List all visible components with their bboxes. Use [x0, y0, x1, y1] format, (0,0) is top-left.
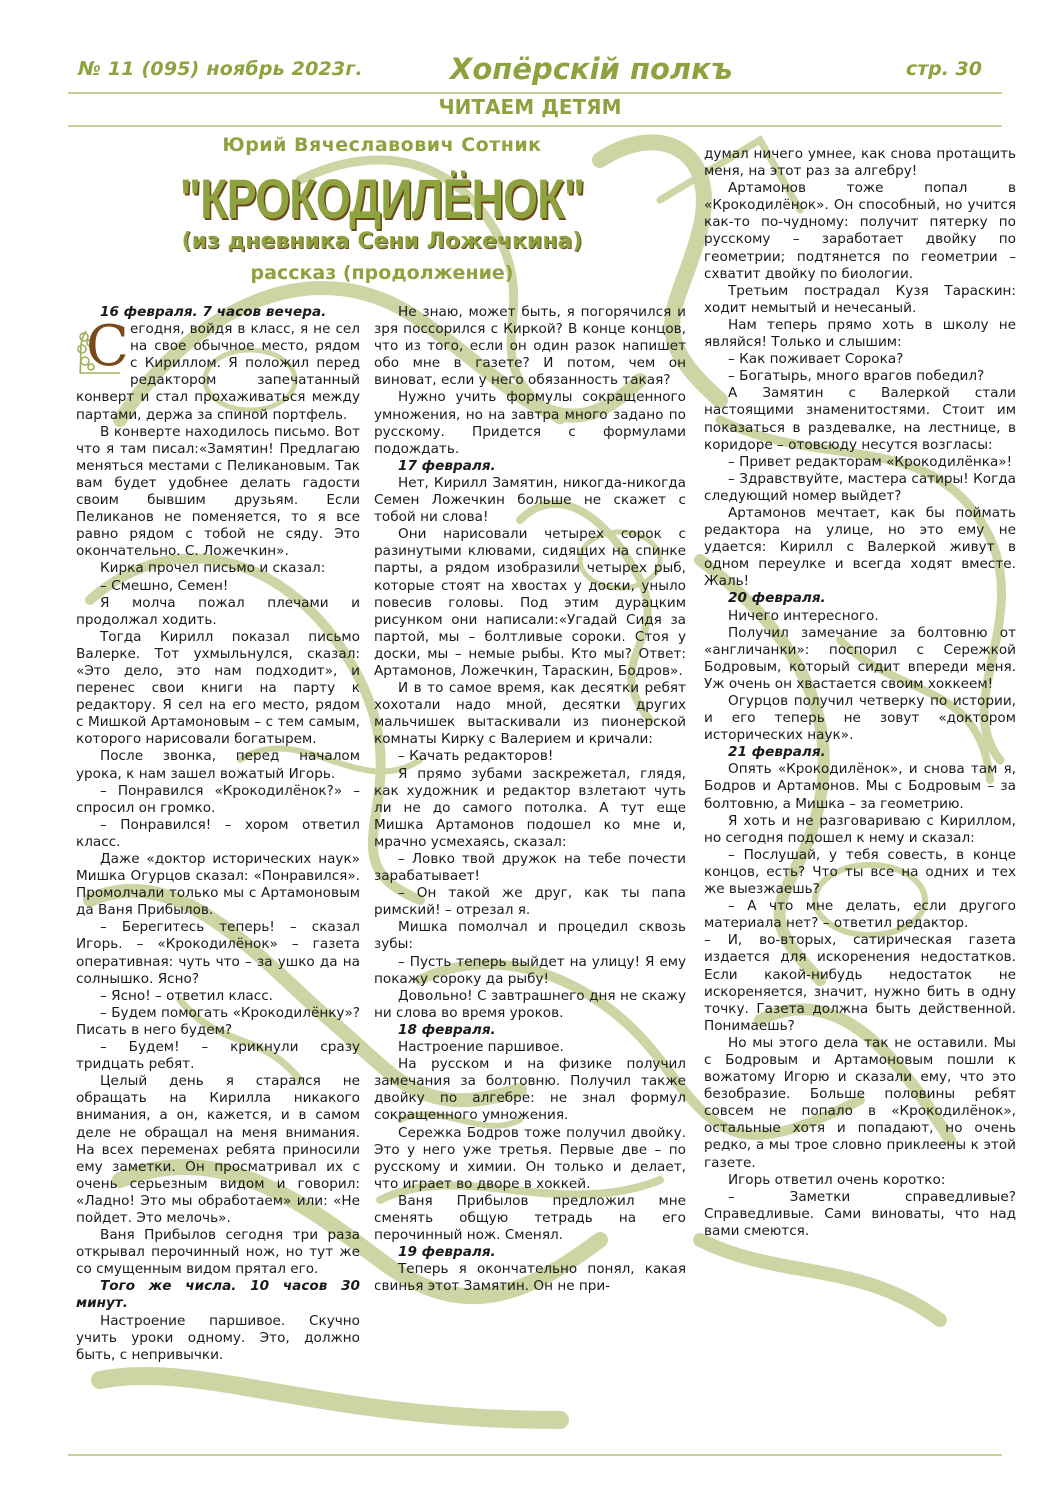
diary-date-heading: 18 февраля. [374, 1022, 686, 1039]
paragraph: Ничего интересного. [704, 608, 1016, 625]
paragraph: Сережка Бодров тоже получил двойку. Это … [374, 1125, 686, 1193]
paragraph-text: Сережка Бодров тоже получил двойку. Это … [374, 1125, 686, 1192]
paragraph: – Здравствуйте, мастера сатиры! Когда сл… [704, 471, 1016, 505]
paragraph: Не знаю, может быть, я погорячился и зря… [374, 304, 686, 389]
paragraph: Кирка прочел письмо и сказал: [76, 560, 360, 577]
paragraph: – Ловко твой дружок на тебе почести зара… [374, 851, 686, 885]
diary-date-heading: Того же числа. 10 часов 30 минут. [76, 1278, 360, 1312]
newspaper-title: Хопёрскій полкъ [450, 52, 733, 86]
paragraph-text: Не знаю, может быть, я погорячился и зря… [374, 304, 686, 388]
drop-cap-letter: С [86, 317, 129, 377]
article-author: Юрий Вячеславович Сотник [72, 134, 692, 156]
paragraph: Мишка помолчал и процедил сквозь зубы: [374, 919, 686, 953]
paragraph: Ваня Прибылов предложил мне сменять общу… [374, 1193, 686, 1244]
paragraph-text: Нужно учить формулы сокращенного умножен… [374, 389, 686, 456]
paragraph-text: Я молча пожал плечами и продолжал ходить… [76, 595, 360, 628]
paragraph-text: – Понравился «Крокодилёнок?» – спросил о… [76, 783, 360, 816]
paragraph-text: Нет, Кирилл Замятин, никогда-никогда Сем… [374, 475, 686, 525]
paragraph-text: А Замятин с Валеркой стали настоящими зн… [704, 385, 1016, 452]
paragraph-text: Теперь я окончательно понял, какая свинь… [374, 1261, 686, 1294]
paragraph-text: – Здравствуйте, мастера сатиры! Когда сл… [704, 471, 1016, 504]
paragraph-text: Тогда Кирилл показал письмо Валерке. Тот… [76, 629, 360, 748]
paragraph-text: В конверте находилось письмо. Вот что я … [76, 424, 360, 560]
paragraph-text: Целый день я старался не обращать на Кир… [76, 1073, 360, 1226]
paragraph-text: 20 февраля. [728, 590, 826, 606]
paragraph: Настроение паршивое. [374, 1039, 686, 1056]
paragraph-text: – Качать редакторов! [398, 748, 553, 764]
paragraph-text: Опять «Крокодилёнок», и снова там я, Бод… [704, 761, 1016, 811]
paragraph: Получил замечание за болтовню от «англич… [704, 625, 1016, 693]
paragraph: Даже «доктор исторических наук» Мишка Ог… [76, 851, 360, 919]
paragraph-text: думал ничего умнее, как снова протащить … [704, 146, 1016, 179]
paragraph: – Ясно! – ответил класс. [76, 988, 360, 1005]
paragraph-text: Артамонов мечтает, как бы поймать редакт… [704, 505, 1016, 589]
paragraph-text: 19 февраля. [398, 1244, 496, 1260]
paragraph-text: Я прямо зубами заскрежетал, глядя, как х… [374, 766, 686, 850]
paragraph: – А что мне делать, если другого материа… [704, 898, 1016, 932]
text-column-2: Не знаю, может быть, я погорячился и зря… [374, 304, 686, 1295]
paragraph: Огурцов получил четверку по истории, и е… [704, 693, 1016, 744]
paragraph: – Он такой же друг, как ты папа римский!… [374, 885, 686, 919]
paragraph: Я хоть и не разговариваю с Кириллом, но … [704, 813, 1016, 847]
paragraph-text: – Будем помогать «Крокодилёнку»? Писать … [76, 1005, 360, 1038]
paragraph: Нам теперь прямо хоть в школу не являйся… [704, 317, 1016, 351]
paragraph: Артамонов мечтает, как бы поймать редакт… [704, 505, 1016, 590]
paragraph-text: После звонка, перед началом урока, к нам… [76, 748, 360, 781]
paragraph-text: Настроение паршивое. [398, 1039, 564, 1055]
paragraph-text: – Смешно, Семен! [100, 578, 228, 594]
paragraph-text: – Заметки справедливые? Справедливые. Са… [704, 1189, 1016, 1239]
paragraph: Я прямо зубами заскрежетал, глядя, как х… [374, 766, 686, 851]
paragraph-text: Получил замечание за болтовню от «англич… [704, 625, 1016, 692]
paragraph-text: Нам теперь прямо хоть в школу не являйся… [704, 317, 1016, 350]
paragraph: Я молча пожал плечами и продолжал ходить… [76, 595, 360, 629]
paragraph: Теперь я окончательно понял, какая свинь… [374, 1261, 686, 1295]
page-header: № 11 (095) ноябрь 2023г. Хопёрскій полкъ… [68, 52, 1002, 88]
paragraph: – Как поживает Сорока? [704, 351, 1016, 368]
paragraph-text: – Будем! – крикнули сразу тридцать ребят… [76, 1039, 360, 1072]
paragraph: Тогда Кирилл показал письмо Валерке. Тот… [76, 629, 360, 749]
paragraph-text: – Ясно! – ответил класс. [100, 988, 273, 1004]
paragraph-text: 18 февраля. [398, 1022, 496, 1038]
paragraph: – Понравился «Крокодилёнок?» – спросил о… [76, 783, 360, 817]
section-divider [68, 125, 1002, 127]
paragraph: Ваня Прибылов сегодня три раза открывал … [76, 1227, 360, 1278]
paragraph: Опять «Крокодилёнок», и снова там я, Бод… [704, 761, 1016, 812]
paragraph: – Будем помогать «Крокодилёнку»? Писать … [76, 1005, 360, 1039]
paragraph: – Качать редакторов! [374, 748, 686, 765]
footer-divider [68, 1454, 1002, 1456]
paragraph-text: Но мы этого дела так не оставили. Мы с Б… [704, 1035, 1016, 1171]
paragraph: – Будем! – крикнули сразу тридцать ребят… [76, 1039, 360, 1073]
section-title: ЧИТАЕМ ДЕТЯМ [0, 95, 1060, 119]
paragraph-text: – А что мне делать, если другого материа… [704, 898, 1016, 931]
paragraph-text: Кирка прочел письмо и сказал: [100, 560, 325, 576]
page-number: стр. 30 [906, 58, 982, 80]
paragraph-text: Огурцов получил четверку по истории, и е… [704, 693, 1016, 743]
paragraph: Артамонов тоже попал в «Крокодилёнок». О… [704, 180, 1016, 283]
paragraph: Игорь ответил очень коротко: [704, 1172, 1016, 1189]
issue-number: № 11 (095) ноябрь 2023г. [78, 58, 363, 80]
paragraph: В конверте находилось письмо. Вот что я … [76, 424, 360, 561]
paragraph: думал ничего умнее, как снова протащить … [704, 146, 1016, 180]
paragraph: Целый день я старался не обращать на Кир… [76, 1073, 360, 1227]
paragraph: Довольно! С завтрашнего дня не скажу ни … [374, 988, 686, 1022]
diary-date-heading: 17 февраля. [374, 458, 686, 475]
paragraph: И в то самое время, как десятки ребят хо… [374, 680, 686, 748]
paragraph-text: Ваня Прибылов предложил мне сменять общу… [374, 1193, 686, 1243]
paragraph-text: Того же числа. 10 часов 30 минут. [76, 1278, 360, 1311]
paragraph-text: 21 февраля. [728, 744, 826, 760]
paragraph: – Богатырь, много врагов победил? [704, 368, 1016, 385]
paragraph-text: Довольно! С завтрашнего дня не скажу ни … [374, 988, 686, 1021]
paragraph-text: – Понравился! – хором ответил класс. [76, 817, 360, 850]
paragraph-text: Настроение паршивое. Скучно учить уроки … [76, 1313, 360, 1363]
paragraph-text: Я хоть и не разговариваю с Кириллом, но … [704, 813, 1016, 846]
diary-date-heading: 19 февраля. [374, 1244, 686, 1261]
paragraph-text: 16 февраля. 7 часов вечера. [100, 304, 326, 320]
text-column-3: думал ничего умнее, как снова протащить … [704, 146, 1016, 1240]
header-divider [68, 92, 1002, 94]
diary-date-heading: 20 февраля. [704, 590, 1016, 607]
paragraph-text: Игорь ответил очень коротко: [728, 1172, 945, 1188]
paragraph-text: – Привет редакторам «Крокодилёнка»! [728, 454, 1012, 470]
paragraph-text: Третьим пострадал Кузя Тараскин: ходит н… [704, 283, 1016, 316]
paragraph: – Привет редакторам «Крокодилёнка»! [704, 454, 1016, 471]
paragraph-text: На русском и на физике получил замечания… [374, 1056, 686, 1123]
paragraph-text: – Берегитесь теперь! – сказал Игорь. – «… [76, 919, 360, 986]
paragraph-text: – Богатырь, много врагов победил? [728, 368, 984, 384]
paragraph-text: Даже «доктор исторических наук» Мишка Ог… [76, 851, 360, 918]
paragraph-text: Ничего интересного. [728, 608, 879, 624]
paragraph: Третьим пострадал Кузя Тараскин: ходит н… [704, 283, 1016, 317]
paragraph-text: – Ловко твой дружок на тебе почести зара… [374, 851, 686, 884]
paragraph: А Замятин с Валеркой стали настоящими зн… [704, 385, 1016, 453]
paragraph-text: 17 февраля. [398, 458, 496, 474]
paragraph: Настроение паршивое. Скучно учить уроки … [76, 1313, 360, 1364]
drop-cap-ornament-icon: С [76, 323, 124, 375]
paragraph: – Заметки справедливые? Справедливые. Са… [704, 1189, 1016, 1240]
article-subtitle: (из дневника Сени Ложечкина) [72, 229, 692, 254]
text-column-1: 16 февраля. 7 часов вечера.Сегодня, войд… [76, 304, 360, 1364]
paragraph: – Понравился! – хором ответил класс. [76, 817, 360, 851]
paragraph: Сегодня, войдя в класс, я не сел на свое… [76, 321, 360, 424]
paragraph-text: Мишка помолчал и процедил сквозь зубы: [374, 919, 686, 952]
paragraph-text: Артамонов тоже попал в «Крокодилёнок». О… [704, 180, 1016, 281]
paragraph-text: – И, во-вторых, сатирическая газета изда… [704, 932, 1016, 1033]
paragraph-text: – Пусть теперь выйдет на улицу! Я ему по… [374, 954, 686, 987]
paragraph: – Берегитесь теперь! – сказал Игорь. – «… [76, 919, 360, 987]
diary-date-heading: 21 февраля. [704, 744, 1016, 761]
paragraph: Нужно учить формулы сокращенного умножен… [374, 389, 686, 457]
paragraph: После звонка, перед началом урока, к нам… [76, 748, 360, 782]
paragraph: На русском и на физике получил замечания… [374, 1056, 686, 1124]
paragraph-text: – Как поживает Сорока? [728, 351, 903, 367]
paragraph-text: И в то самое время, как десятки ребят хо… [374, 680, 686, 747]
paragraph-text: Ваня Прибылов сегодня три раза открывал … [76, 1227, 360, 1277]
article-genre: рассказ (продолжение) [72, 262, 692, 284]
paragraph: Но мы этого дела так не оставили. Мы с Б… [704, 1035, 1016, 1172]
paragraph: – Смешно, Семен! [76, 578, 360, 595]
paragraph: – И, во-вторых, сатирическая газета изда… [704, 932, 1016, 1035]
paragraph: Они нарисовали четырех сорок с разинутым… [374, 526, 686, 680]
paragraph-text: – Он такой же друг, как ты папа римский!… [374, 885, 686, 918]
paragraph: Нет, Кирилл Замятин, никогда-никогда Сем… [374, 475, 686, 526]
article-title: "КРОКОДИЛЁНОК" [134, 166, 630, 231]
paragraph-text: Они нарисовали четырех сорок с разинутым… [374, 526, 686, 679]
paragraph-text: – Послушай, у тебя совесть, в конце конц… [704, 847, 1016, 897]
paragraph: – Пусть теперь выйдет на улицу! Я ему по… [374, 954, 686, 988]
paragraph: – Послушай, у тебя совесть, в конце конц… [704, 847, 1016, 898]
